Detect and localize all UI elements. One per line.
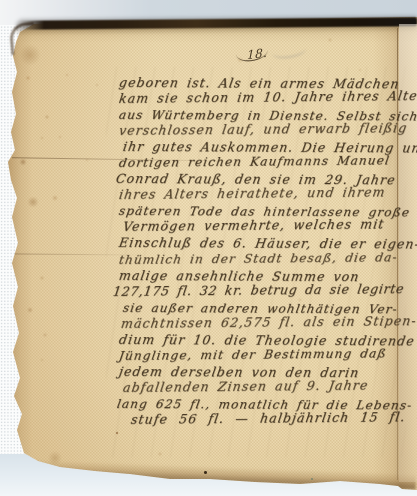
handwriting-line: Jünglinge, mit der Bestimmung daß <box>118 345 407 364</box>
handwriting-line: abfallenden Zinsen auf 9. Jahre <box>122 377 407 396</box>
handwriting-line: ihres Alters heirathete, und ihrem <box>118 185 407 204</box>
handwriting-line: dortigen reichen Kaufmanns Manuel <box>118 152 407 171</box>
book-edge-corner <box>9 22 37 55</box>
handwriting-line: Vermögen vermehrte, welches mit <box>122 217 407 236</box>
handwriting-line: mächtnissen 62,575 fl. als ein Stipen- <box>120 313 407 332</box>
handwriting-line: 127,175 fl. 32 kr. betrug da sie legirte <box>112 281 407 300</box>
handwriting-line: thümlich in der Stadt besaß, die da- <box>118 249 407 268</box>
handwritten-text-block: geboren ist. Als ein armes Mädchen kam s… <box>119 75 405 428</box>
handwriting-line: stufe 56 fl. — halbjährlich 15 fl. — <box>130 409 407 428</box>
handwriting-line: kam sie schon im 10. Jahre ihres Alters <box>118 88 407 107</box>
handwriting-line: verschlossen lauf, und erwarb fleißig <box>118 120 407 139</box>
scanned-manuscript-image: 18. geboren ist. Als ein armes Mädchen k… <box>0 0 417 496</box>
page-number: 18. <box>247 46 268 63</box>
fly-speck <box>116 432 118 434</box>
fly-speck <box>311 478 313 480</box>
fly-speck <box>204 471 207 474</box>
